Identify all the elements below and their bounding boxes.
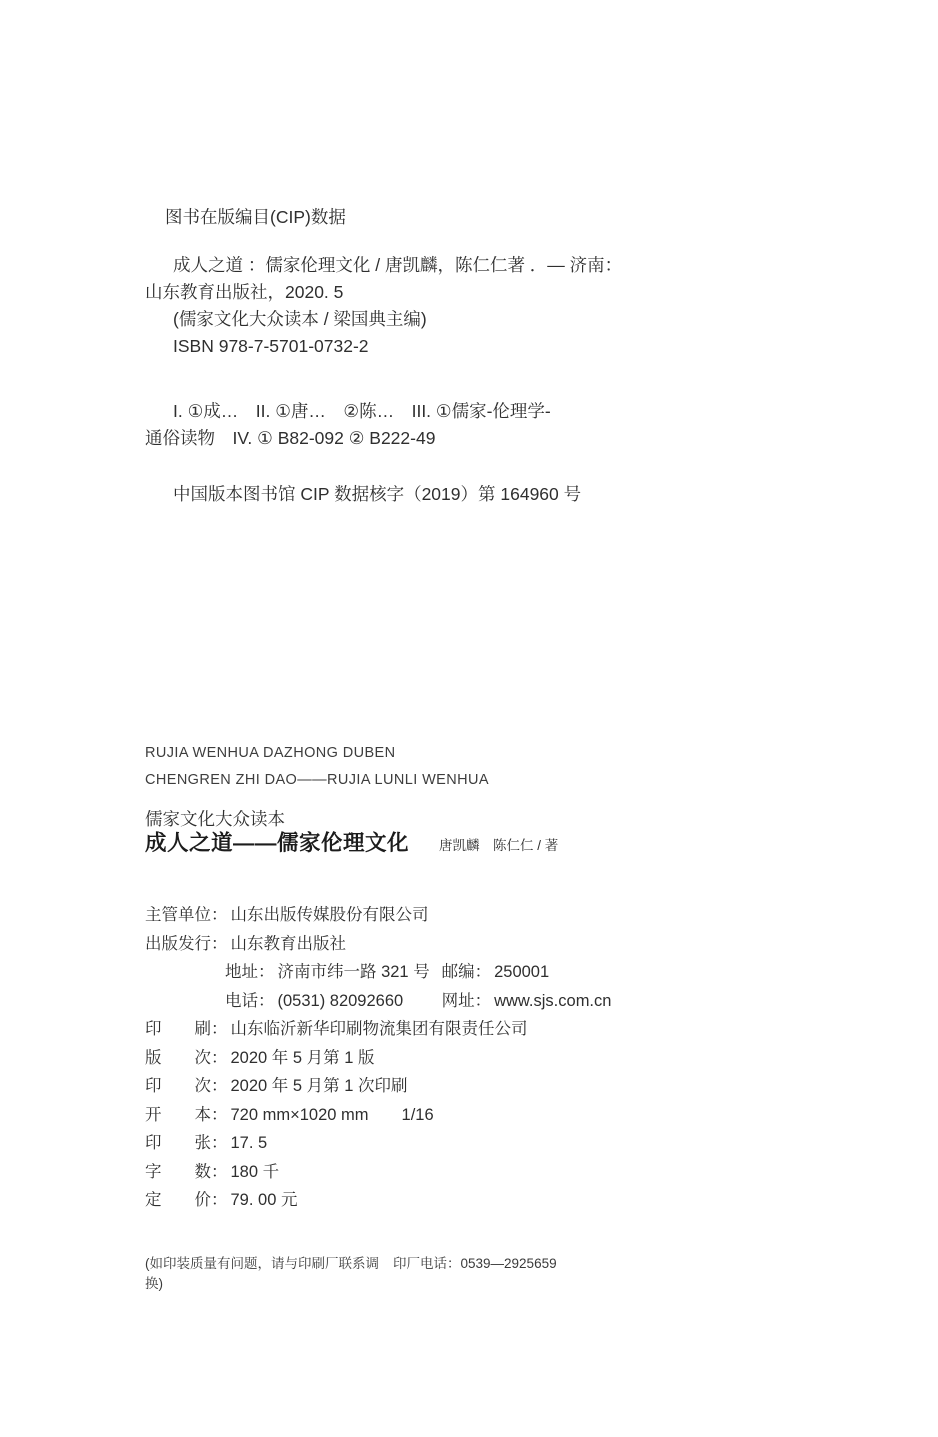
- pub-row-label: 邮编: [442, 963, 475, 981]
- pub-row-supervisor: 主管单位：山东出版传媒股份有限公司: [145, 901, 611, 930]
- pub-row-label: 网址: [442, 992, 475, 1010]
- pub-row-format: 开本：720 mm×1020 mm 1/16: [145, 1101, 611, 1130]
- pub-row-impression: 印次：2020 年 5 月第 1 次印刷: [145, 1072, 611, 1101]
- cip-record-block: 成人之道 ：儒家伦理文化 / 唐凯麟，陈仁仁著 ．— 济南： 山东教育出版社，2…: [145, 252, 745, 360]
- pinyin-block: RUJIA WENHUA DAZHONG DUBEN CHENGREN ZHI …: [145, 740, 489, 794]
- publication-info: 主管单位：山东出版传媒股份有限公司 出版发行：山东教育出版社 地址：济南市纬一路…: [145, 901, 611, 1215]
- pub-postcode-col: 邮编：250001: [442, 963, 550, 981]
- pub-row-label: 印张: [145, 1129, 211, 1158]
- pub-row-value: 山东教育出版社: [231, 935, 347, 953]
- pub-row-value: 17. 5: [231, 1134, 268, 1152]
- pub-row-label: 主管单位: [145, 901, 211, 930]
- cip-heading: 图书在版编目(CIP)数据: [165, 204, 346, 229]
- pub-row-colon: ：: [258, 958, 275, 987]
- pub-row-colon: ：: [211, 1015, 228, 1044]
- pub-row-value: www.sjs.com.cn: [494, 992, 611, 1010]
- pub-row-sheets: 印张：17. 5: [145, 1129, 611, 1158]
- pub-row-address: 地址：济南市纬一路 321 号 邮编：250001: [145, 958, 611, 987]
- pub-row-value: 2020 年 5 月第 1 版: [231, 1049, 375, 1067]
- pub-row-colon: ：: [211, 901, 228, 930]
- pub-phone-col: 电话：(0531) 82092660: [225, 987, 437, 1016]
- cip-classification-line: 通俗读物 IV. ① B82-092 ② B222-49: [145, 425, 745, 452]
- pub-website-col: 网址：www.sjs.com.cn: [442, 992, 612, 1010]
- cip-isbn: ISBN 978-7-5701-0732-2: [145, 333, 745, 360]
- book-title: 成人之道——儒家伦理文化: [145, 826, 409, 857]
- pub-row-label: 定价: [145, 1186, 211, 1215]
- pub-row-wordcount: 字数：180 千: [145, 1158, 611, 1187]
- pub-row-value: (0531) 82092660: [278, 992, 404, 1010]
- pub-row-value: 山东出版传媒股份有限公司: [231, 906, 429, 924]
- pub-row-edition: 版次：2020 年 5 月第 1 版: [145, 1044, 611, 1073]
- cip-record-line: (儒家文化大众读本 / 梁国典主编): [145, 306, 745, 333]
- book-authors: 唐凯麟 陈仁仁 / 著: [439, 834, 558, 854]
- pub-row-label: 字数: [145, 1158, 211, 1187]
- pub-row-colon: ：: [211, 1186, 228, 1215]
- quality-note: (如印装质量有问题，请与印刷厂联系调换): [145, 1252, 393, 1292]
- copyright-page: 图书在版编目(CIP)数据 成人之道 ：儒家伦理文化 / 唐凯麟，陈仁仁著 ．—…: [0, 0, 938, 1437]
- pub-row-colon: ：: [211, 930, 228, 959]
- pub-row-printer: 印刷：山东临沂新华印刷物流集团有限责任公司: [145, 1015, 611, 1044]
- title-row: 成人之道——儒家伦理文化 唐凯麟 陈仁仁 / 著: [145, 826, 558, 857]
- pub-row-colon: ：: [258, 987, 275, 1016]
- cip-record-line: 山东教育出版社，2020. 5: [145, 279, 745, 306]
- pub-row-phone: 电话：(0531) 82092660 网址：www.sjs.com.cn: [145, 987, 611, 1016]
- cip-registry-number: 中国版本图书馆 CIP 数据核字（2019）第 164960 号: [173, 481, 581, 506]
- pub-row-label: 地址: [225, 963, 258, 981]
- pub-row-value: 2020 年 5 月第 1 次印刷: [231, 1077, 408, 1095]
- cip-classification-block: I. ①成… II. ①唐… ②陈… III. ①儒家-伦理学- 通俗读物 IV…: [145, 398, 745, 452]
- pub-row-colon: ：: [211, 1072, 228, 1101]
- pub-row-publisher: 出版发行：山东教育出版社: [145, 930, 611, 959]
- pub-row-value: 济南市纬一路 321 号: [278, 963, 430, 981]
- cip-record-line: 成人之道 ：儒家伦理文化 / 唐凯麟，陈仁仁著 ．— 济南：: [145, 252, 745, 279]
- pinyin-series-line: RUJIA WENHUA DAZHONG DUBEN: [145, 740, 489, 767]
- pub-address-col: 地址：济南市纬一路 321 号: [225, 958, 437, 987]
- pub-row-colon: ：: [211, 1101, 228, 1130]
- pub-row-label: 开本: [145, 1101, 211, 1130]
- pub-row-value: 180 千: [231, 1163, 280, 1181]
- pub-row-value: 250001: [494, 963, 549, 981]
- pub-row-colon: ：: [211, 1044, 228, 1073]
- pub-row-label: 印次: [145, 1072, 211, 1101]
- pub-row-label: 电话: [225, 992, 258, 1010]
- pub-row-value: 720 mm×1020 mm 1/16: [231, 1106, 434, 1124]
- pub-row-label: 版次: [145, 1044, 211, 1073]
- pub-row-colon: ：: [211, 1158, 228, 1187]
- cip-classification-line: I. ①成… II. ①唐… ②陈… III. ①儒家-伦理学-: [145, 398, 745, 425]
- pub-row-value: 79. 00 元: [231, 1191, 298, 1209]
- printer-phone: 印厂电话：0539—2925659: [393, 1252, 557, 1292]
- pub-row-colon: ：: [475, 987, 492, 1016]
- pub-row-label: 印刷: [145, 1015, 211, 1044]
- pub-row-colon: ：: [475, 958, 492, 987]
- pub-row-colon: ：: [211, 1129, 228, 1158]
- pub-row-value: 山东临沂新华印刷物流集团有限责任公司: [231, 1020, 528, 1038]
- pub-row-price: 定价：79. 00 元: [145, 1186, 611, 1215]
- pinyin-title-line: CHENGREN ZHI DAO——RUJIA LUNLI WENHUA: [145, 767, 489, 794]
- pub-row-label: 出版发行: [145, 930, 211, 959]
- footer-line: (如印装质量有问题，请与印刷厂联系调换) 印厂电话：0539—2925659: [145, 1252, 557, 1292]
